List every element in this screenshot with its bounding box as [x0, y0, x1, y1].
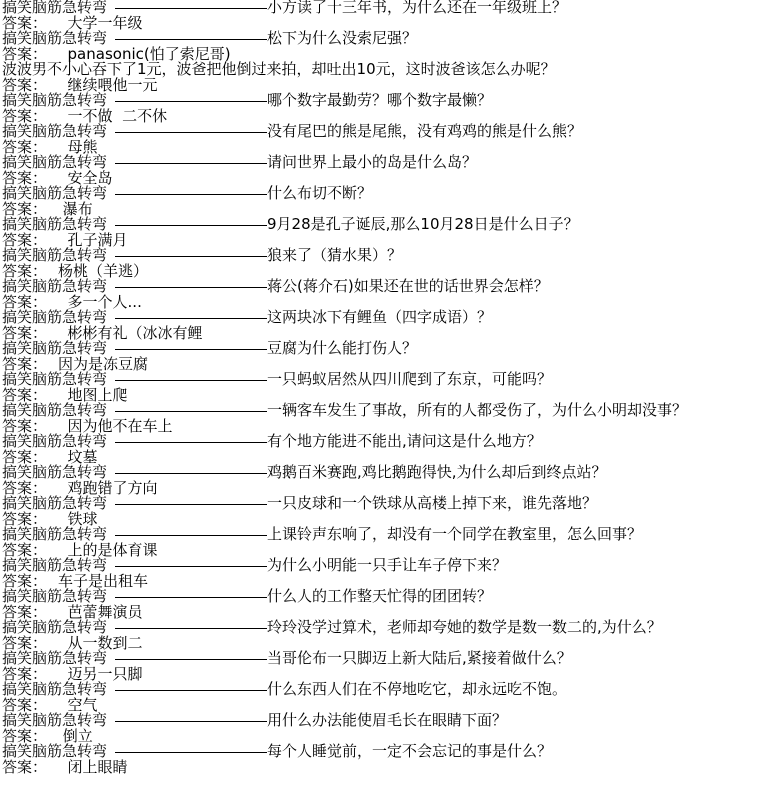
- riddle-question: 没有尾巴的熊是尾熊，没有鸡鸡的熊是什么熊？: [267, 124, 582, 140]
- riddle-question: 小方读了十三年书，为什么还在一年级班上？: [267, 0, 567, 16]
- riddle-answer: 闭上眼睛: [58, 760, 128, 776]
- riddle-question: 狼来了（猜水果）？: [267, 248, 402, 264]
- dash-separator: [115, 504, 267, 505]
- riddle-question: 当哥伦布一只脚迈上新大陆后,紧接着做什么？: [267, 651, 572, 667]
- dash-separator: [115, 442, 267, 443]
- dash-separator: [115, 411, 267, 412]
- dash-separator: [115, 628, 267, 629]
- riddle-question: 鸡鹅百米赛跑,鸡比鹅跑得快,为什么却后到终点站？: [267, 465, 607, 481]
- dash-separator: [115, 349, 267, 350]
- dash-separator: [115, 163, 267, 164]
- dash-separator: [115, 597, 267, 598]
- riddle-question: 用什么办法能使眉毛长在眼睛下面？: [267, 713, 507, 729]
- dash-separator: [115, 690, 267, 691]
- dash-separator: [115, 318, 267, 319]
- riddle-answer-line: 答案： 闭上眼睛: [2, 760, 778, 776]
- riddle-question: 9月28是孔子诞辰,那么10月28日是什么日子？: [267, 217, 579, 233]
- dash-separator: [115, 752, 267, 753]
- dash-separator: [115, 535, 267, 536]
- dash-separator: [115, 380, 267, 381]
- riddle-question: 为什么小明能一只手让车子停下来？: [267, 558, 507, 574]
- riddle-question: 每个人睡觉前，一定不会忘记的事是什么？: [267, 744, 552, 760]
- riddle-answer-line: 答案： 安全岛: [2, 171, 778, 187]
- dash-separator: [115, 101, 267, 102]
- riddle-document: 搞笑脑筋急转弯小方读了十三年书，为什么还在一年级班上？答案： 大学一年级搞笑脑筋…: [0, 0, 778, 775]
- dash-separator: [115, 194, 267, 195]
- dash-separator: [115, 721, 267, 722]
- riddle-question-line: 搞笑脑筋急转弯用什么办法能使眉毛长在眼睛下面？: [2, 713, 778, 729]
- riddle-question: 什么人的工作整天忙得的团团转？: [267, 589, 492, 605]
- dash-separator: [115, 256, 267, 257]
- riddle-question: 什么布切不断？: [267, 186, 372, 202]
- riddle-question: 这两块冰下有鲤鱼（四字成语）？: [267, 310, 492, 326]
- dash-separator: [115, 225, 267, 226]
- answer-label: 答案：: [2, 760, 58, 776]
- riddle-question: 玲玲没学过算术，老师却夸她的数学是数一数二的,为什么？: [267, 620, 662, 636]
- riddle-question-line: 搞笑脑筋急转弯什么东西人们在不停地吃它，却永远吃不饱。: [2, 682, 778, 698]
- riddle-question: 哪个数字最勤劳？哪个数字最懒？: [267, 93, 492, 109]
- riddle-question: 有个地方能进不能出,请问这是什么地方？: [267, 434, 542, 450]
- dash-separator: [115, 287, 267, 288]
- riddle-question: 什么东西人们在不停地吃它，却永远吃不饱。: [267, 682, 567, 698]
- riddle-question-line: 搞笑脑筋急转弯没有尾巴的熊是尾熊，没有鸡鸡的熊是什么熊？: [2, 124, 778, 140]
- dash-separator: [115, 132, 267, 133]
- riddle-question-line: 搞笑脑筋急转弯一只皮球和一个铁球从高楼上掉下来，谁先落地？: [2, 496, 778, 512]
- riddle-question-line: 搞笑脑筋急转弯什么布切不断？: [2, 186, 778, 202]
- riddle-question: 上课铃声东响了，却没有一个同学在教室里，怎么回事？: [267, 527, 642, 543]
- riddle-question: 一辆客车发生了事故，所有的人都受伤了，为什么小明却没事？: [267, 403, 687, 419]
- riddle-question: 请问世界上最小的岛是什么岛？: [267, 155, 477, 171]
- dash-separator: [115, 39, 267, 40]
- riddle-question: 一只皮球和一个铁球从高楼上掉下来，谁先落地？: [267, 496, 597, 512]
- riddle-question-line: 搞笑脑筋急转弯有个地方能进不能出,请问这是什么地方？: [2, 434, 778, 450]
- riddle-question-line: 搞笑脑筋急转弯请问世界上最小的岛是什么岛？: [2, 155, 778, 171]
- dash-separator: [115, 566, 267, 567]
- dash-separator: [115, 8, 267, 9]
- riddle-question: 松下为什么没索尼强？: [267, 31, 417, 47]
- dash-separator: [115, 473, 267, 474]
- riddle-question: 一只蚂蚁居然从四川爬到了东京，可能吗？: [267, 372, 552, 388]
- dash-separator: [115, 659, 267, 660]
- riddle-question: 豆腐为什么能打伤人？: [267, 341, 417, 357]
- riddle-question: 蒋公(蒋介石)如果还在世的话世界会怎样？: [267, 279, 549, 295]
